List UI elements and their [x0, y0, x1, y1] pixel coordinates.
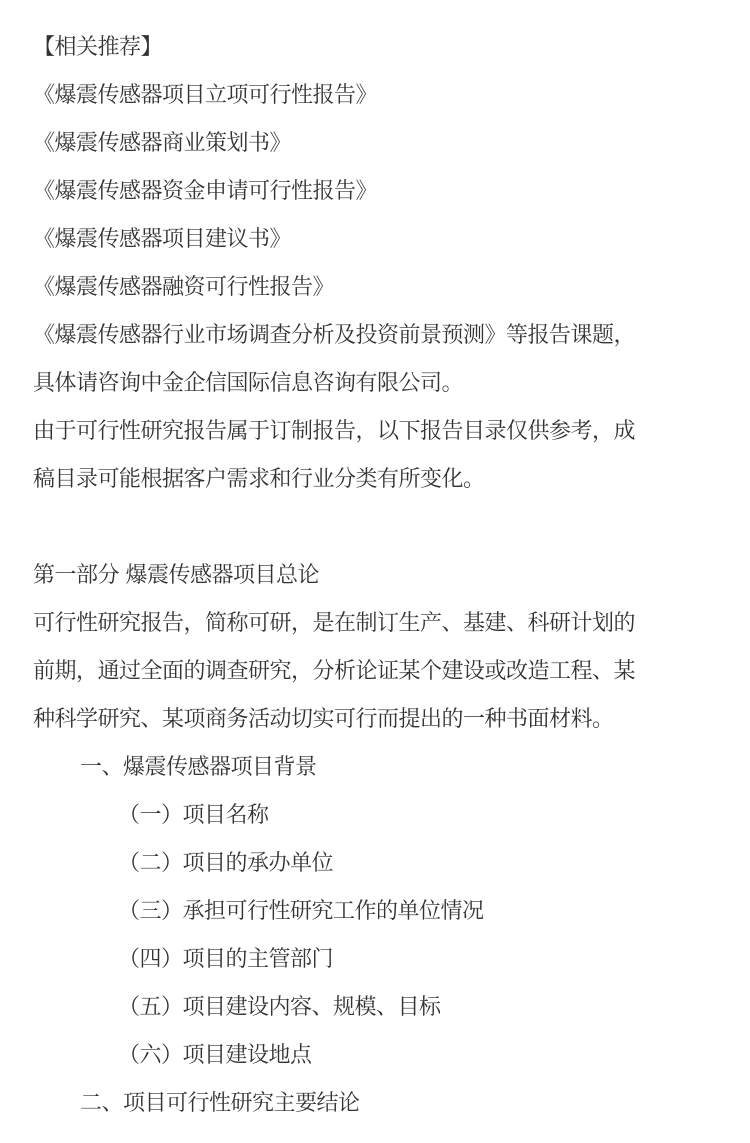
- subsection-item: （一）项目名称: [118, 801, 269, 831]
- intro-line: 可行性研究报告，简称可研，是在制订生产、基建、科研计划的: [33, 609, 635, 639]
- section-title: 二、项目可行性研究主要结论: [80, 1089, 360, 1119]
- part-title: 第一部分 爆震传感器项目总论: [33, 561, 319, 591]
- related-item: 《爆震传感器资金申请可行性报告》: [33, 177, 377, 207]
- related-item: 《爆震传感器项目建议书》: [33, 225, 291, 255]
- document-page: 【相关推荐】 《爆震传感器项目立项可行性报告》 《爆震传感器商业策划书》 《爆震…: [0, 0, 750, 1143]
- section-title: 一、爆震传感器项目背景: [80, 753, 317, 783]
- subsection-item: （三）承担可行性研究工作的单位情况: [118, 897, 484, 927]
- subsection-item: （五）项目建设内容、规模、目标: [118, 993, 441, 1023]
- related-item: 《爆震传感器融资可行性报告》: [33, 273, 334, 303]
- contact-line: 具体请咨询中金企信国际信息咨询有限公司。: [33, 369, 463, 399]
- subsection-item: （二）项目的承办单位: [118, 849, 333, 879]
- subsection-item: （六）项目建设地点: [118, 1041, 312, 1071]
- intro-line: 种科学研究、某项商务活动切实可行而提出的一种书面材料。: [33, 705, 614, 735]
- subsection-item: （四）项目的主管部门: [118, 945, 333, 975]
- intro-line: 前期，通过全面的调查研究，分析论证某个建设或改造工程、某: [33, 657, 635, 687]
- notice-line: 稿目录可能根据客户需求和行业分类有所变化。: [33, 465, 485, 495]
- related-item: 《爆震传感器行业市场调查分析及投资前景预测》等报告课题，: [33, 321, 635, 351]
- notice-line: 由于可行性研究报告属于订制报告，以下报告目录仅供参考，成: [33, 417, 635, 447]
- related-heading: 【相关推荐】: [33, 33, 162, 63]
- related-item: 《爆震传感器商业策划书》: [33, 129, 291, 159]
- related-item: 《爆震传感器项目立项可行性报告》: [33, 81, 377, 111]
